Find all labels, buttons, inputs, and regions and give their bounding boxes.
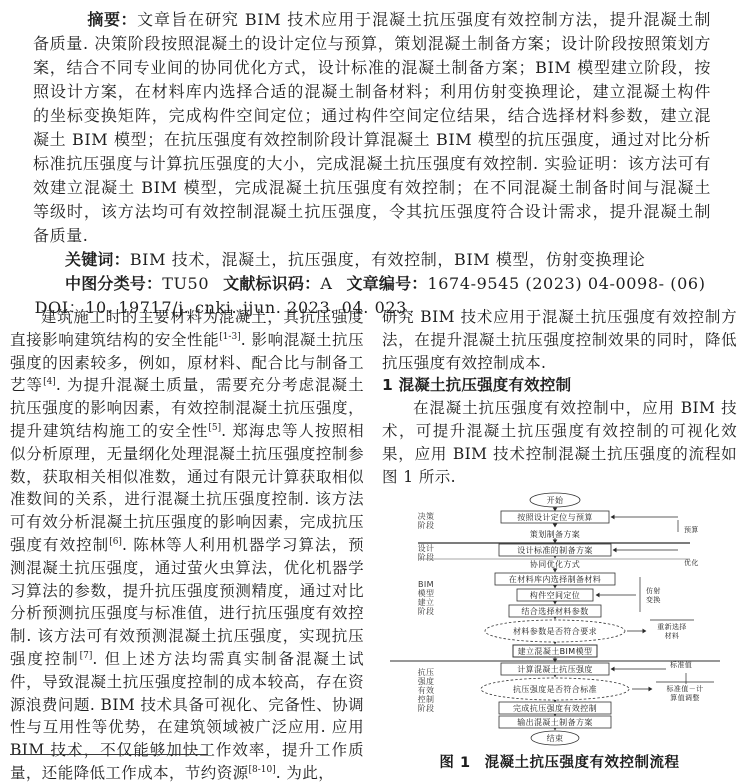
- doc-code-value: A: [320, 274, 332, 293]
- reference-superscript: [4]: [43, 377, 56, 387]
- text-segment: . 为此，: [276, 764, 334, 782]
- text-segment: . 但上述方法均需真实制备混凝土试件，导致混凝土抗压强度控制的成本较高，存在资源…: [10, 650, 364, 782]
- svg-text:有效: 有效: [418, 685, 435, 695]
- svg-text:按照设计定位与预算: 按照设计定位与预算: [517, 512, 593, 522]
- svg-text:完成抗压强度有效控制: 完成抗压强度有效控制: [513, 703, 597, 713]
- flow-step-collaborative: 协同优化方式: [530, 559, 580, 569]
- note-collab: 优化: [684, 558, 699, 567]
- article-id-value: 1674-9545 (2023) 04-0098- (06): [428, 274, 706, 293]
- stage-label-control: 抗压 强度 有效 控制 阶段: [418, 667, 435, 713]
- left-column: 建筑施工时的主要材料为混凝土，其抗压强度直接影响建筑结构的安全性能[1-3]. …: [10, 306, 364, 783]
- abstract-paragraph: 摘要：文章旨在研究 BIM 技术应用于混凝土抗压强度有效控制方法，提升混凝土制备…: [33, 8, 711, 248]
- svg-text:决策: 决策: [418, 511, 435, 521]
- continuation-paragraph: 研究 BIM 技术应用于混凝土抗压强度有效控制方法，在提升混凝土抗压强度控制效果…: [382, 306, 737, 374]
- right-column: 研究 BIM 技术应用于混凝土抗压强度有效控制方法，在提升混凝土抗压强度控制效果…: [382, 306, 737, 783]
- caption-text: 混凝土抗压强度有效控制流程: [485, 755, 680, 771]
- svg-text:设计标准的制备方案: 设计标准的制备方案: [517, 545, 593, 555]
- svg-text:材料参数是否符合要求: 材料参数是否符合要求: [513, 626, 597, 636]
- body-columns: 建筑施工时的主要材料为混凝土，其抗压强度直接影响建筑结构的安全性能[1-3]. …: [10, 306, 737, 783]
- abstract-label: 摘要：: [87, 10, 137, 29]
- clc-value: TU50: [162, 274, 209, 293]
- intro-paragraph: 建筑施工时的主要材料为混凝土，其抗压强度直接影响建筑结构的安全性能[1-3]. …: [10, 306, 364, 783]
- svg-text:抗压: 抗压: [418, 667, 435, 677]
- footnote-rule: [10, 754, 208, 755]
- text-segment: . 郑海忠等人按照相似分析原理，无量纲化处理混凝土抗压强度控制参数，获取相关相似…: [10, 422, 364, 554]
- svg-text:控制: 控制: [418, 694, 435, 704]
- paper-page: 摘要：文章旨在研究 BIM 技术应用于混凝土抗压强度有效控制方法，提升混凝土制备…: [0, 0, 745, 783]
- flow-step-plan: 策划制备方案: [530, 529, 580, 539]
- svg-text:阶段: 阶段: [418, 606, 435, 616]
- figure-1-caption: 图 1混凝土抗压强度有效控制流程: [382, 752, 737, 775]
- svg-text:阶段: 阶段: [418, 552, 435, 562]
- note-adjust-2: 算值调整: [670, 693, 700, 702]
- note-affine-2: 变换: [646, 595, 661, 604]
- article-id-label: 文章编号：: [346, 274, 427, 293]
- svg-text:计算混凝土抗压强度: 计算混凝土抗压强度: [517, 664, 593, 674]
- reference-superscript: [5]: [208, 423, 221, 433]
- svg-text:模型: 模型: [418, 588, 435, 598]
- svg-text:在材料库内选择制备材料: 在材料库内选择制备材料: [509, 574, 601, 584]
- caption-label: 图 1: [439, 755, 470, 771]
- keywords-line: 关键词：BIM 技术，混凝土，抗压强度，有效控制，BIM 模型，仿射变换理论: [33, 248, 711, 272]
- svg-text:阶段: 阶段: [418, 520, 435, 530]
- keywords-label: 关键词：: [65, 250, 130, 269]
- keywords-text: BIM 技术，混凝土，抗压强度，有效控制，BIM 模型，仿射变换理论: [130, 250, 646, 269]
- svg-text:构件空间定位: 构件空间定位: [530, 590, 580, 600]
- svg-text:建立: 建立: [418, 597, 435, 607]
- clc-label: 中图分类号：: [65, 274, 162, 293]
- note-reselect-2: 材料: [665, 631, 680, 640]
- stage-label-bim-model: BIM 模型 建立 阶段: [418, 580, 435, 616]
- svg-text:输出混凝土制备方案: 输出混凝土制备方案: [517, 717, 593, 727]
- flow-start-label: 开始: [547, 495, 564, 505]
- note-reselect-1: 重新选择: [657, 622, 687, 631]
- front-matter: 摘要：文章旨在研究 BIM 技术应用于混凝土抗压强度有效控制方法，提升混凝土制备…: [33, 8, 711, 320]
- svg-text:设计: 设计: [418, 543, 435, 553]
- note-budget: 预算: [684, 525, 699, 534]
- flow-end-label: 结束: [547, 733, 564, 743]
- svg-text:建立混凝土BIM模型: 建立混凝土BIM模型: [518, 646, 593, 656]
- flowchart-svg: 决策 阶段 设计 阶段 BIM 模型 建立 阶段 抗压: [388, 492, 722, 748]
- doc-code-label: 文献标识码：: [223, 274, 320, 293]
- reference-superscript: [8-10]: [249, 765, 276, 775]
- note-adjust-1: 标准值－计: [667, 684, 704, 693]
- section-1-heading: 1 混凝土抗压强度有效控制: [382, 374, 737, 397]
- stage-label-decision: 决策 阶段: [418, 511, 435, 530]
- note-standard: 标准值: [670, 660, 692, 669]
- reference-superscript: [1-3]: [219, 332, 241, 342]
- text-segment: . 陈林等人利用机器学习算法，预测混凝土抗压强度，通过萤火虫算法，优化机器学习算…: [10, 536, 364, 668]
- abstract-text: 文章旨在研究 BIM 技术应用于混凝土抗压强度有效控制方法，提升混凝土制备质量.…: [33, 10, 711, 245]
- reference-superscript: [6]: [109, 537, 122, 547]
- meta-line: 中图分类号：TU50文献标识码：A文章编号：1674-9545 (2023) 0…: [33, 272, 711, 296]
- figure-1: 决策 阶段 设计 阶段 BIM 模型 建立 阶段 抗压: [382, 492, 737, 775]
- section-1-paragraph: 在混凝土抗压强度有效控制中，应用 BIM 技术，可提升混凝土抗压强度有效控制的可…: [382, 397, 737, 488]
- svg-text:强度: 强度: [418, 676, 435, 686]
- note-affine-1: 仿射: [646, 586, 661, 595]
- svg-text:结合选择材料参数: 结合选择材料参数: [521, 606, 588, 616]
- svg-text:BIM: BIM: [418, 580, 434, 589]
- svg-text:抗压强度是否符合标准: 抗压强度是否符合标准: [513, 684, 597, 694]
- reference-superscript: [7]: [80, 651, 93, 661]
- svg-text:阶段: 阶段: [418, 703, 435, 713]
